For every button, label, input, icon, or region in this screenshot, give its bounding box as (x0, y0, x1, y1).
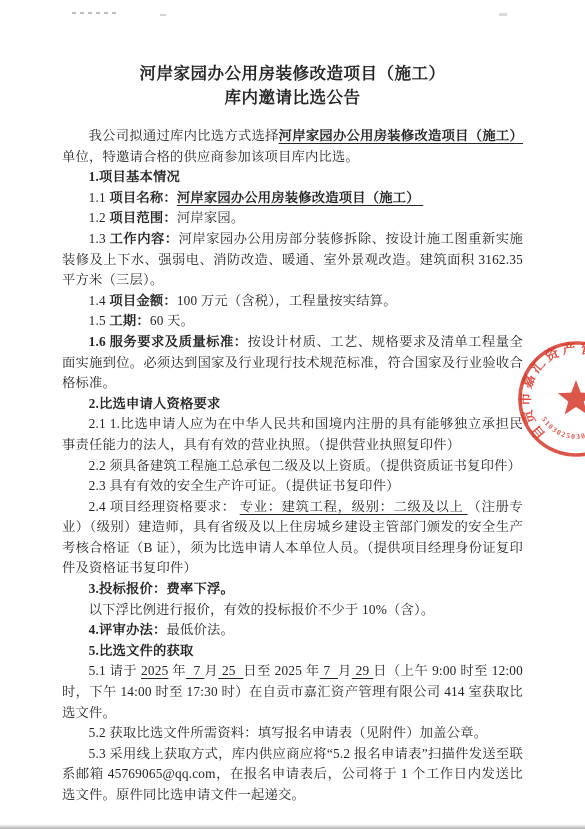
item-1-3-work-content: 1.3 工作内容：河岸家园办公用房部分装修拆除、按设计施工图重新实施装修及上下水… (62, 229, 523, 291)
section-3-heading: 3.投标报价：费率下浮。 (62, 579, 523, 600)
item-1-4-project-amount: 1.4 项目金额：100 万元（含税），工程量按实结算。 (62, 291, 523, 312)
item-3-quote-note: 以下浮比例进行报价，有效的投标报价不少于 10%（含）。 (62, 600, 523, 621)
item-2-2-qualification: 2.2 须具备建筑工程施工总承包二级及以上资质。（提供资质证书复印件） (62, 456, 523, 477)
scan-artifact-top-dot (160, 14, 166, 16)
document-body: 我公司拟通过库内比选方式选择河岸家园办公用房装修改造项目（施工）单位，特邀请合格… (62, 126, 523, 806)
seal-star-icon (558, 380, 585, 415)
scan-artifact-top-right (499, 13, 507, 16)
section-2-heading: 2.比选申请人资格要求 (62, 394, 523, 415)
document-page: 河岸家园办公用房装修改造项目（施工） 库内邀请比选公告 我公司拟通过库内比选方式… (0, 0, 585, 829)
section-5-heading: 5.比选文件的获取 (62, 641, 523, 662)
document-title-line1: 河岸家园办公用房装修改造项目（施工） (58, 62, 527, 86)
item-2-1-legal-person: 2.1 1.比选申请人应为在中华人民共和国境内注册的具有能够独立承担民事责任能力… (62, 414, 523, 455)
section-1-heading: 1.项目基本情况 (62, 167, 523, 188)
item-1-2-project-scope: 1.2 项目范围：河岸家园。 (62, 208, 523, 229)
item-5-1-document-obtain: 5.1 请于 2025 年 7 月 25 日至 2025 年 7 月 29 日（… (62, 661, 523, 723)
scan-artifact-top-dashes (72, 12, 120, 14)
scan-artifact-bottom-edge (0, 824, 585, 829)
svg-text:5103025030: 5103025030 (540, 415, 585, 441)
svg-text:自贡市嘉汇资产管理有限公司: 自贡市嘉汇资产管理有限公司 (517, 339, 585, 443)
document-title-line2: 库内邀请比选公告 (58, 86, 527, 110)
seal-company-text: 自贡市嘉汇资产管理有限公司 (517, 339, 585, 443)
item-1-6-service-quality: 1.6 服务要求及质量标准：按设计材质、工艺、规格要求及清单工程量全面实施到位。… (62, 332, 523, 394)
seal-serial-number: 5103025030 (540, 415, 585, 441)
document-title: 河岸家园办公用房装修改造项目（施工） 库内邀请比选公告 (58, 62, 527, 110)
item-2-3-safety-license: 2.3 具有有效的安全生产许可证。（提供证书复印件） (62, 476, 523, 497)
intro-paragraph: 我公司拟通过库内比选方式选择河岸家园办公用房装修改造项目（施工）单位，特邀请合格… (62, 126, 523, 167)
item-2-4-project-manager: 2.4 项目经理资格要求： 专业：建筑工程，级别：二级及以上 （注册专业）（级别… (62, 497, 523, 579)
section-4-heading: 4.评审办法：最低价法。 (62, 620, 523, 641)
item-5-2-required-materials: 5.2 获取比选文件所需资料：填写报名申请表（见附件）加盖公章。 (62, 723, 523, 744)
item-1-5-duration: 1.5 工期：60 天。 (62, 311, 523, 332)
item-1-1-project-name: 1.1 项目名称：河岸家园办公用房装修改造项目（施工） (62, 188, 523, 209)
item-5-3-online-obtain: 5.3 采用线上获取方式，库内供应商应将“5.2 报名申请表”扫描件发送至联系邮… (62, 744, 523, 806)
seal-ring (520, 343, 585, 455)
